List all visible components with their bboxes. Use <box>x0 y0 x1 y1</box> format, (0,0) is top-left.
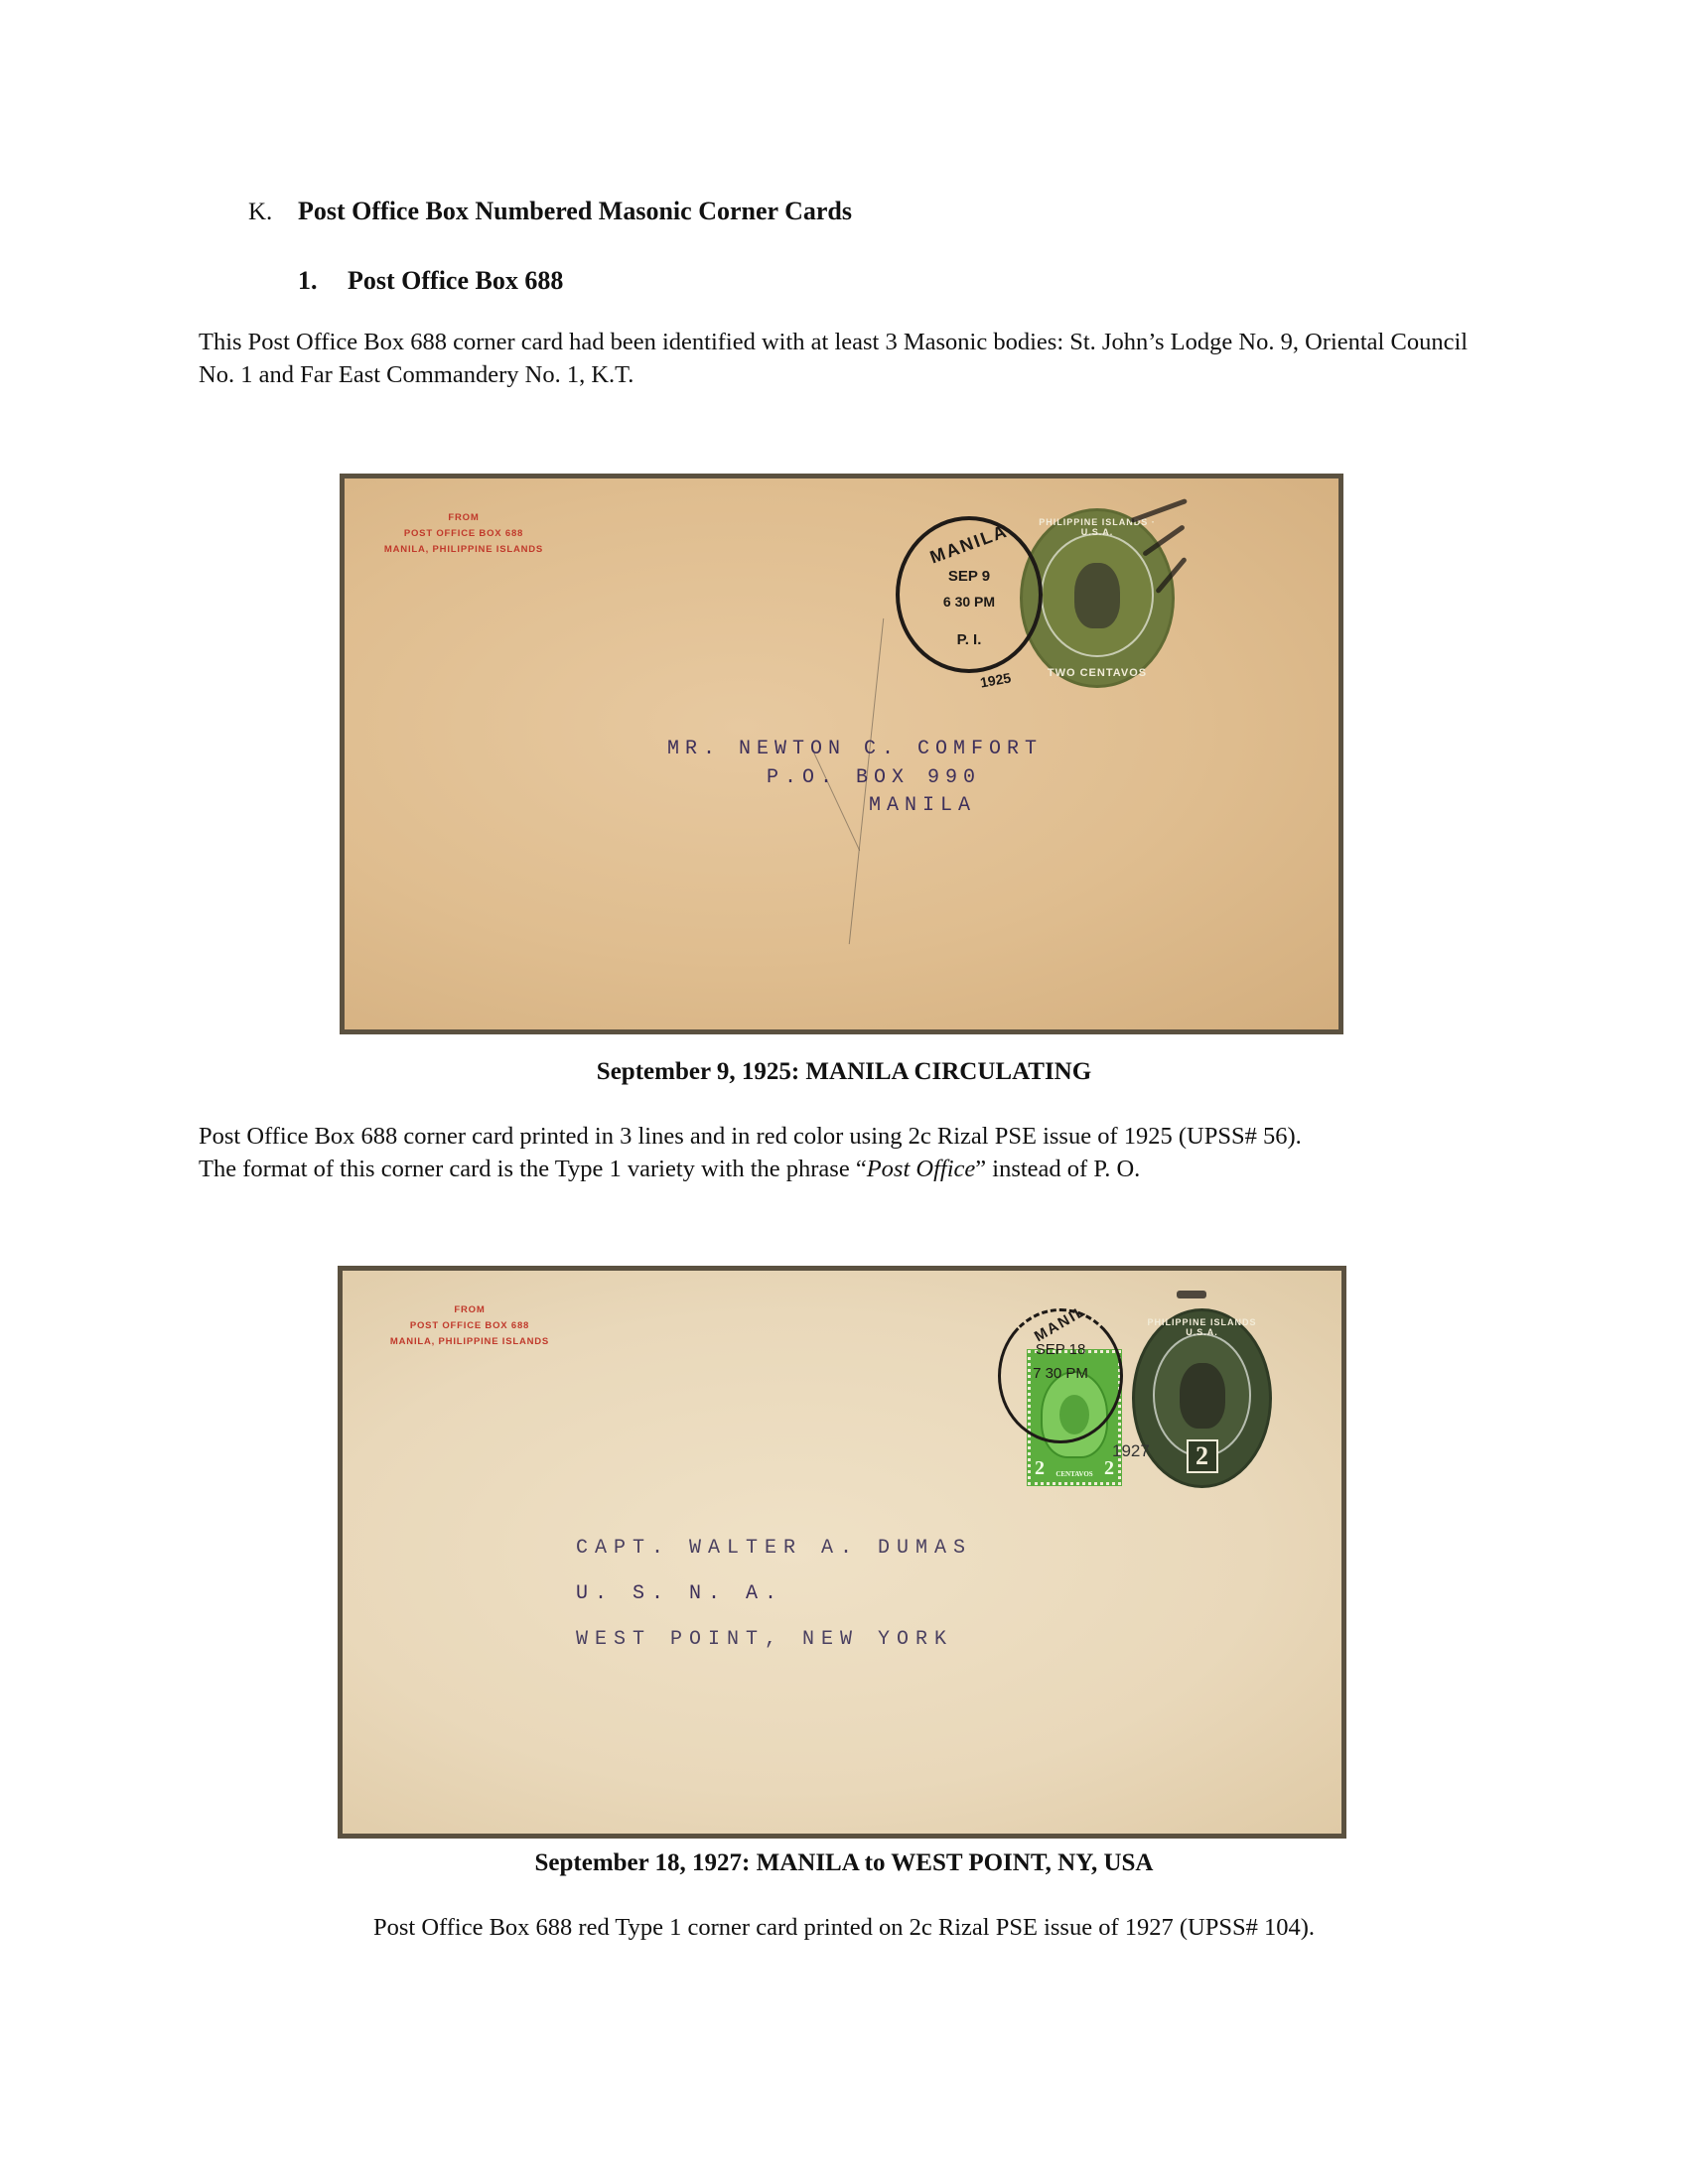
postmark-state: P. I. <box>900 631 1039 648</box>
corner-card-line: POST OFFICE BOX 688 <box>374 526 553 542</box>
corner-card-line: MANILA, PHILIPPINE ISLANDS <box>374 542 553 558</box>
postmark-date: SEP 18 <box>1001 1341 1120 1358</box>
address-line: P.O. BOX 990 <box>767 766 981 789</box>
text-segment: ” instead of P. O. <box>975 1156 1140 1182</box>
corner-card-line: POST OFFICE BOX 688 <box>380 1318 559 1334</box>
address-line: CAPT. WALTER A. DUMAS <box>576 1537 972 1560</box>
italic-phrase: Post Office <box>867 1156 976 1182</box>
subsection-number: 1. <box>298 266 318 296</box>
postmark-time: 7 30 PM <box>1001 1365 1120 1382</box>
description-line: Post Office Box 688 corner card printed … <box>199 1120 1509 1153</box>
text-segment: The format of this corner card is the Ty… <box>199 1156 867 1182</box>
address-line: U. S. N. A. <box>576 1582 783 1605</box>
postmark-year: 1925 <box>979 669 1012 690</box>
corner-card: FROM POST OFFICE BOX 688 MANILA, PHILIPP… <box>374 510 553 558</box>
postmark: MANILA SEP 9 6 30 PM P. I. <box>896 516 1043 673</box>
stamp-top-text: PHILIPPINE ISLANDS U.S.A. <box>1135 1317 1269 1337</box>
address-line: WEST POINT, NEW YORK <box>576 1628 953 1651</box>
cover-image-1927: FROM POST OFFICE BOX 688 MANILA, PHILIPP… <box>338 1266 1346 1839</box>
corner-card-line: FROM <box>380 1302 559 1318</box>
description-1927: Post Office Box 688 red Type 1 corner ca… <box>199 1911 1489 1944</box>
embossed-stamp: PHILIPPINE ISLANDS · U.S.A. TWO CENTAVOS <box>1020 508 1175 688</box>
corner-card: FROM POST OFFICE BOX 688 MANILA, PHILIPP… <box>380 1302 559 1350</box>
stamp-label: CENTAVOS <box>1031 1470 1118 1478</box>
postmark-year: 1927 <box>1112 1441 1150 1461</box>
stamp-value: 2 <box>1187 1439 1218 1473</box>
description-1925: Post Office Box 688 corner card printed … <box>199 1120 1509 1185</box>
stamp-top-text: PHILIPPINE ISLANDS · U.S.A. <box>1023 517 1172 537</box>
stamp-bottom-text: TWO CENTAVOS <box>1023 667 1172 679</box>
address-line: MR. NEWTON C. COMFORT <box>667 738 1043 760</box>
rizal-portrait-icon <box>1074 563 1120 628</box>
intro-paragraph: This Post Office Box 688 corner card had… <box>199 326 1509 391</box>
address-line: MANILA <box>869 794 976 817</box>
postmark-time: 6 30 PM <box>900 594 1039 610</box>
rizal-portrait-icon <box>1180 1363 1225 1429</box>
cancel-bar <box>1177 1291 1206 1298</box>
cover-image-1925: FROM POST OFFICE BOX 688 MANILA, PHILIPP… <box>340 474 1343 1034</box>
subsection-title: Post Office Box 688 <box>348 266 563 296</box>
section-letter: K. <box>248 199 272 226</box>
postmark: MANIL SEP 18 7 30 PM <box>998 1308 1123 1443</box>
caption-1925: September 9, 1925: MANILA CIRCULATING <box>199 1058 1489 1086</box>
caption-1927: September 18, 1927: MANILA to WEST POINT… <box>199 1849 1489 1877</box>
corner-card-line: MANILA, PHILIPPINE ISLANDS <box>380 1334 559 1350</box>
postmark-date: SEP 9 <box>900 568 1039 585</box>
section-title: Post Office Box Numbered Masonic Corner … <box>298 197 852 226</box>
description-line: The format of this corner card is the Ty… <box>199 1153 1509 1185</box>
embossed-stamp: PHILIPPINE ISLANDS U.S.A. 2 <box>1132 1308 1272 1488</box>
corner-card-line: FROM <box>374 510 553 526</box>
